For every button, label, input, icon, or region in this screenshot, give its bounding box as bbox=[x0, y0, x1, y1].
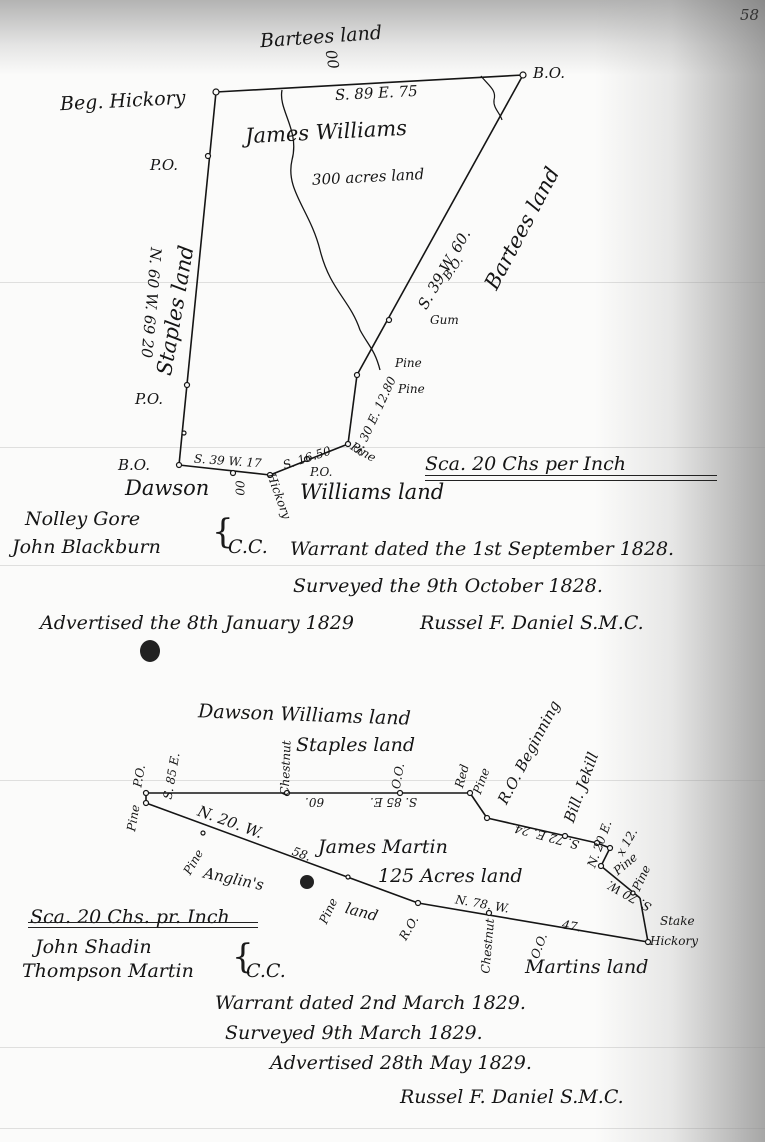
survey1-chain-carriers-mark: C.C. bbox=[228, 538, 268, 557]
survey1-tree-pine1: Pine bbox=[395, 357, 422, 369]
survey1-adjoiner-south-dawson: Dawson bbox=[125, 478, 209, 499]
survey1-scale: Sca. 20 Chs per Inch bbox=[425, 455, 626, 474]
survey2-adjoiner-south: Martins land bbox=[525, 958, 648, 977]
survey1-chain-carrier-2: John Blackburn bbox=[12, 538, 161, 557]
survey1-adjoiner-north-mark: 00 bbox=[323, 49, 341, 70]
survey1-advertised: Advertised the 8th January 1829 bbox=[40, 614, 354, 633]
survey2-surveyed: Surveyed 9th March 1829. bbox=[225, 1024, 483, 1043]
survey1-corner-po-small: P.O. bbox=[310, 466, 332, 478]
survey1-corner-w-upper: P.O. bbox=[150, 158, 178, 173]
survey1-chain-carrier-1: Nolley Gore bbox=[25, 510, 140, 529]
survey2-line-north-call1: 60. bbox=[305, 796, 324, 808]
survey2-surveyor-signature: Russel F. Daniel S.M.C. bbox=[400, 1088, 624, 1107]
survey2-chain-carrier-2: Thompson Martin bbox=[22, 962, 194, 981]
survey2-corner-nw: P.O. bbox=[131, 764, 147, 788]
survey2-adjoiner-north2: Staples land bbox=[296, 736, 415, 755]
survey2-tree-stake: Stake bbox=[660, 915, 695, 927]
survey2-tree-hickory: Hickory bbox=[650, 935, 698, 947]
survey2-chain-carrier-1: John Shadin bbox=[35, 938, 152, 957]
survey1-line-north-call: S. 89 E. 75 bbox=[335, 84, 418, 103]
survey1-surveyed: Surveyed the 9th October 1828. bbox=[293, 577, 603, 596]
survey2-acreage-label: 125 Acres land bbox=[378, 867, 523, 886]
survey2-tree-chestnut1: Chestnut bbox=[279, 740, 293, 796]
survey1-corner-ne: B.O. bbox=[533, 66, 565, 81]
survey1-adjoiner-south-dawson-mark: 00 bbox=[234, 480, 246, 495]
survey2-warrant: Warrant dated 2nd March 1829. bbox=[215, 994, 526, 1013]
survey2-owner-label: James Martin bbox=[318, 838, 448, 857]
survey1-corner-w-lower: P.O. bbox=[135, 392, 163, 407]
survey2-scale-underline bbox=[28, 922, 258, 928]
survey1-tree-pine2: Pine bbox=[398, 383, 425, 395]
survey1-corner-sw: B.O. bbox=[118, 458, 150, 473]
ink-blot bbox=[140, 640, 160, 662]
survey1-surveyor-signature: Russel F. Daniel S.M.C. bbox=[420, 614, 644, 633]
survey2-advertised: Advertised 28th May 1829. bbox=[270, 1054, 532, 1073]
survey2-chain-carriers-mark: C.C. bbox=[246, 962, 286, 981]
ink-blot bbox=[300, 875, 314, 889]
survey2-line-s-dist: 47. bbox=[561, 918, 582, 933]
survey1-adjoiner-south-williams: Williams land bbox=[300, 482, 444, 503]
survey2-line-north-call2: S. 85 E. bbox=[370, 796, 417, 808]
survey1-warrant: Warrant dated the 1st September 1828. bbox=[290, 540, 674, 559]
survey1-tree-gum: Gum bbox=[430, 314, 459, 326]
survey1-scale-underline bbox=[425, 475, 717, 481]
